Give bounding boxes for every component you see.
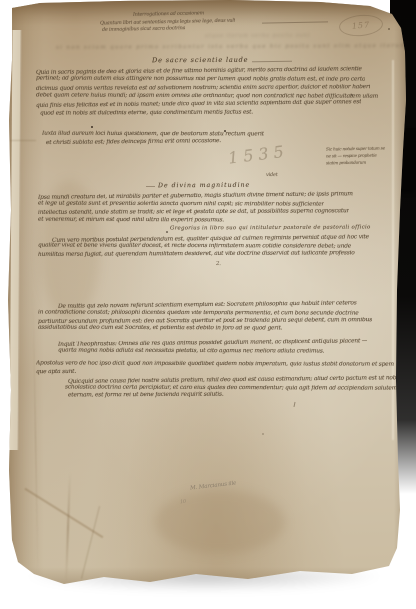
body-line: partiuntur secundum profundum est; deo a…: [38, 317, 372, 325]
section-mark: 2.: [216, 261, 221, 267]
manuscript-photo: Interrogationes ad occasionem Quantum li…: [0, 0, 416, 609]
body-line: Inquit Theophrastus: Omnes alie res quas…: [58, 338, 368, 348]
header-note-line: de immaginibus sicut sacra doctrina: [102, 25, 185, 33]
year-inscription: 1535: [227, 141, 290, 167]
body-line: quia finis eius felicitas est et in nobi…: [36, 99, 361, 109]
body-line: qualiter vivat et bene vivens qualiter d…: [38, 242, 351, 249]
body-line: intellectus ostendit, unde statim se tra…: [38, 208, 349, 216]
body-line: que apta sunt.: [36, 368, 76, 374]
body-line: et lege ut gestata sunt et presentia sol…: [38, 200, 324, 207]
folio-number: 157: [352, 20, 371, 31]
body-line: dicimus quod omnis veritas revelata est …: [36, 84, 370, 92]
ink-offset-smudge: si non sciam quare primo scribantur ista…: [56, 43, 407, 51]
body-line: quod est in nobis sit dulcedinis eterne,…: [40, 109, 253, 116]
ink-speck: [166, 231, 168, 233]
body-line: pertinet; ad gloriam autem eius attinger…: [36, 75, 365, 82]
subheading: Gregorius in libro suo qui intitulatur p…: [170, 224, 371, 231]
ink-tick-mark: [293, 402, 295, 407]
body-line: Quicquid sane causa fidei nostre salutis…: [68, 375, 401, 385]
body-line: debet quam cetere huius mundi; ad ipsam …: [36, 92, 378, 99]
body-line: Iuxta illud aureum loci huius questionem…: [42, 130, 264, 137]
section-heading: De divina magnitudine: [158, 182, 250, 189]
body-line: et christi sublata est; fides deinceps f…: [46, 138, 221, 146]
ink-offset-smudge: atque iterum verba posita sunt: [205, 33, 310, 40]
body-line: Quia in sacris paginis de deo et gloria …: [36, 66, 362, 76]
damp-stain: [155, 490, 285, 554]
ink-speck: [262, 433, 264, 435]
section-heading: De sacre scientie laude: [152, 56, 248, 65]
margin-note-line: ne sit — respice prophetie: [326, 152, 377, 158]
body-line: assiduitatibus aut deo cum est Socrates,…: [38, 325, 282, 332]
edge-highlight: [392, 60, 394, 440]
ink-dash: [252, 61, 292, 62]
body-line: De multis qui zelo novam referunt scient…: [58, 300, 357, 309]
margin-note-line: statim probandorum: [326, 159, 366, 165]
body-line: eternam, est forma rei ut bene facienda …: [68, 392, 224, 399]
ink-speck: [388, 28, 390, 30]
pencil-fragment: 10: [180, 499, 186, 505]
body-line: Apostolus vero de hoc ipso dicit quod no…: [36, 360, 394, 367]
body-line: humilitas mersa fugiat, aut querendam hu…: [38, 250, 355, 258]
body-line: in contradictione constat; philosophi di…: [38, 309, 359, 316]
manuscript-leaf: Interrogationes ad occasionem Quantum li…: [0, 0, 416, 609]
margin-note-line: Sic huic notule super totum se: [326, 145, 385, 151]
ink-speck: [91, 126, 93, 128]
margin-word: videt: [266, 172, 278, 178]
body-line: quarta magna nobis adiuta est necessitas…: [58, 347, 324, 354]
body-line: et veneremur, et mirum est quod nihil ul…: [38, 216, 224, 223]
ink-dash: [146, 186, 155, 187]
crease-line: [10, 140, 36, 141]
body-line: scholastica doctrina certa percipiatur, …: [65, 384, 397, 391]
